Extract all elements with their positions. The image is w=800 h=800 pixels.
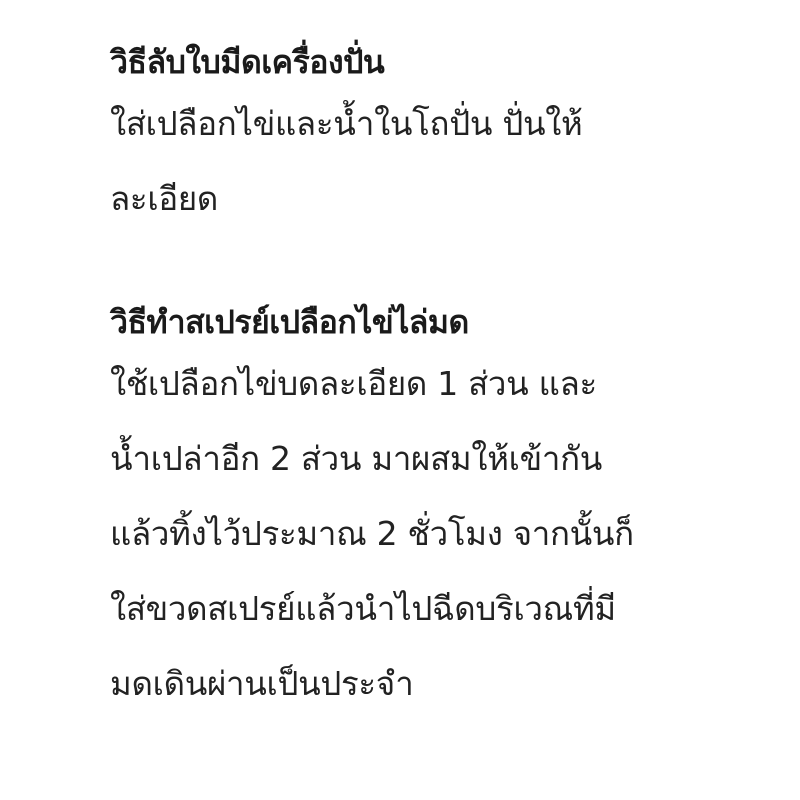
section-blender-blade-sharpening: วิธีลับใบมีดเครื่องปั่น ใส่เปลือกไข่และน… bbox=[110, 38, 710, 236]
section-heading: วิธีทำสเปรย์เปลือกไข่ไล่มด bbox=[110, 298, 710, 346]
body-line: แล้วทิ้งไว้ประมาณ 2 ชั่วโมง จากนั้นก็ bbox=[110, 496, 710, 571]
body-line: ใส่ขวดสเปรย์แล้วนำไปฉีดบริเวณที่มี bbox=[110, 571, 710, 646]
section-heading: วิธีลับใบมีดเครื่องปั่น bbox=[110, 38, 710, 86]
section-body: ใช้เปลือกไข่บดละเอียด 1 ส่วน และ น้ำเปล่… bbox=[110, 346, 710, 721]
body-line: น้ำเปล่าอีก 2 ส่วน มาผสมให้เข้ากัน bbox=[110, 421, 710, 496]
body-line: มดเดินผ่านเป็นประจำ bbox=[110, 646, 710, 721]
article-content: วิธีลับใบมีดเครื่องปั่น ใส่เปลือกไข่และน… bbox=[110, 38, 710, 721]
section-body: ใส่เปลือกไข่และน้ำในโถปั่น ปั่นให้ ละเอี… bbox=[110, 86, 710, 236]
section-eggshell-ant-spray: วิธีทำสเปรย์เปลือกไข่ไล่มด ใช้เปลือกไข่บ… bbox=[110, 298, 710, 721]
body-line: ใช้เปลือกไข่บดละเอียด 1 ส่วน และ bbox=[110, 346, 710, 421]
body-line: ใส่เปลือกไข่และน้ำในโถปั่น ปั่นให้ bbox=[110, 86, 710, 161]
body-line: ละเอียด bbox=[110, 161, 710, 236]
